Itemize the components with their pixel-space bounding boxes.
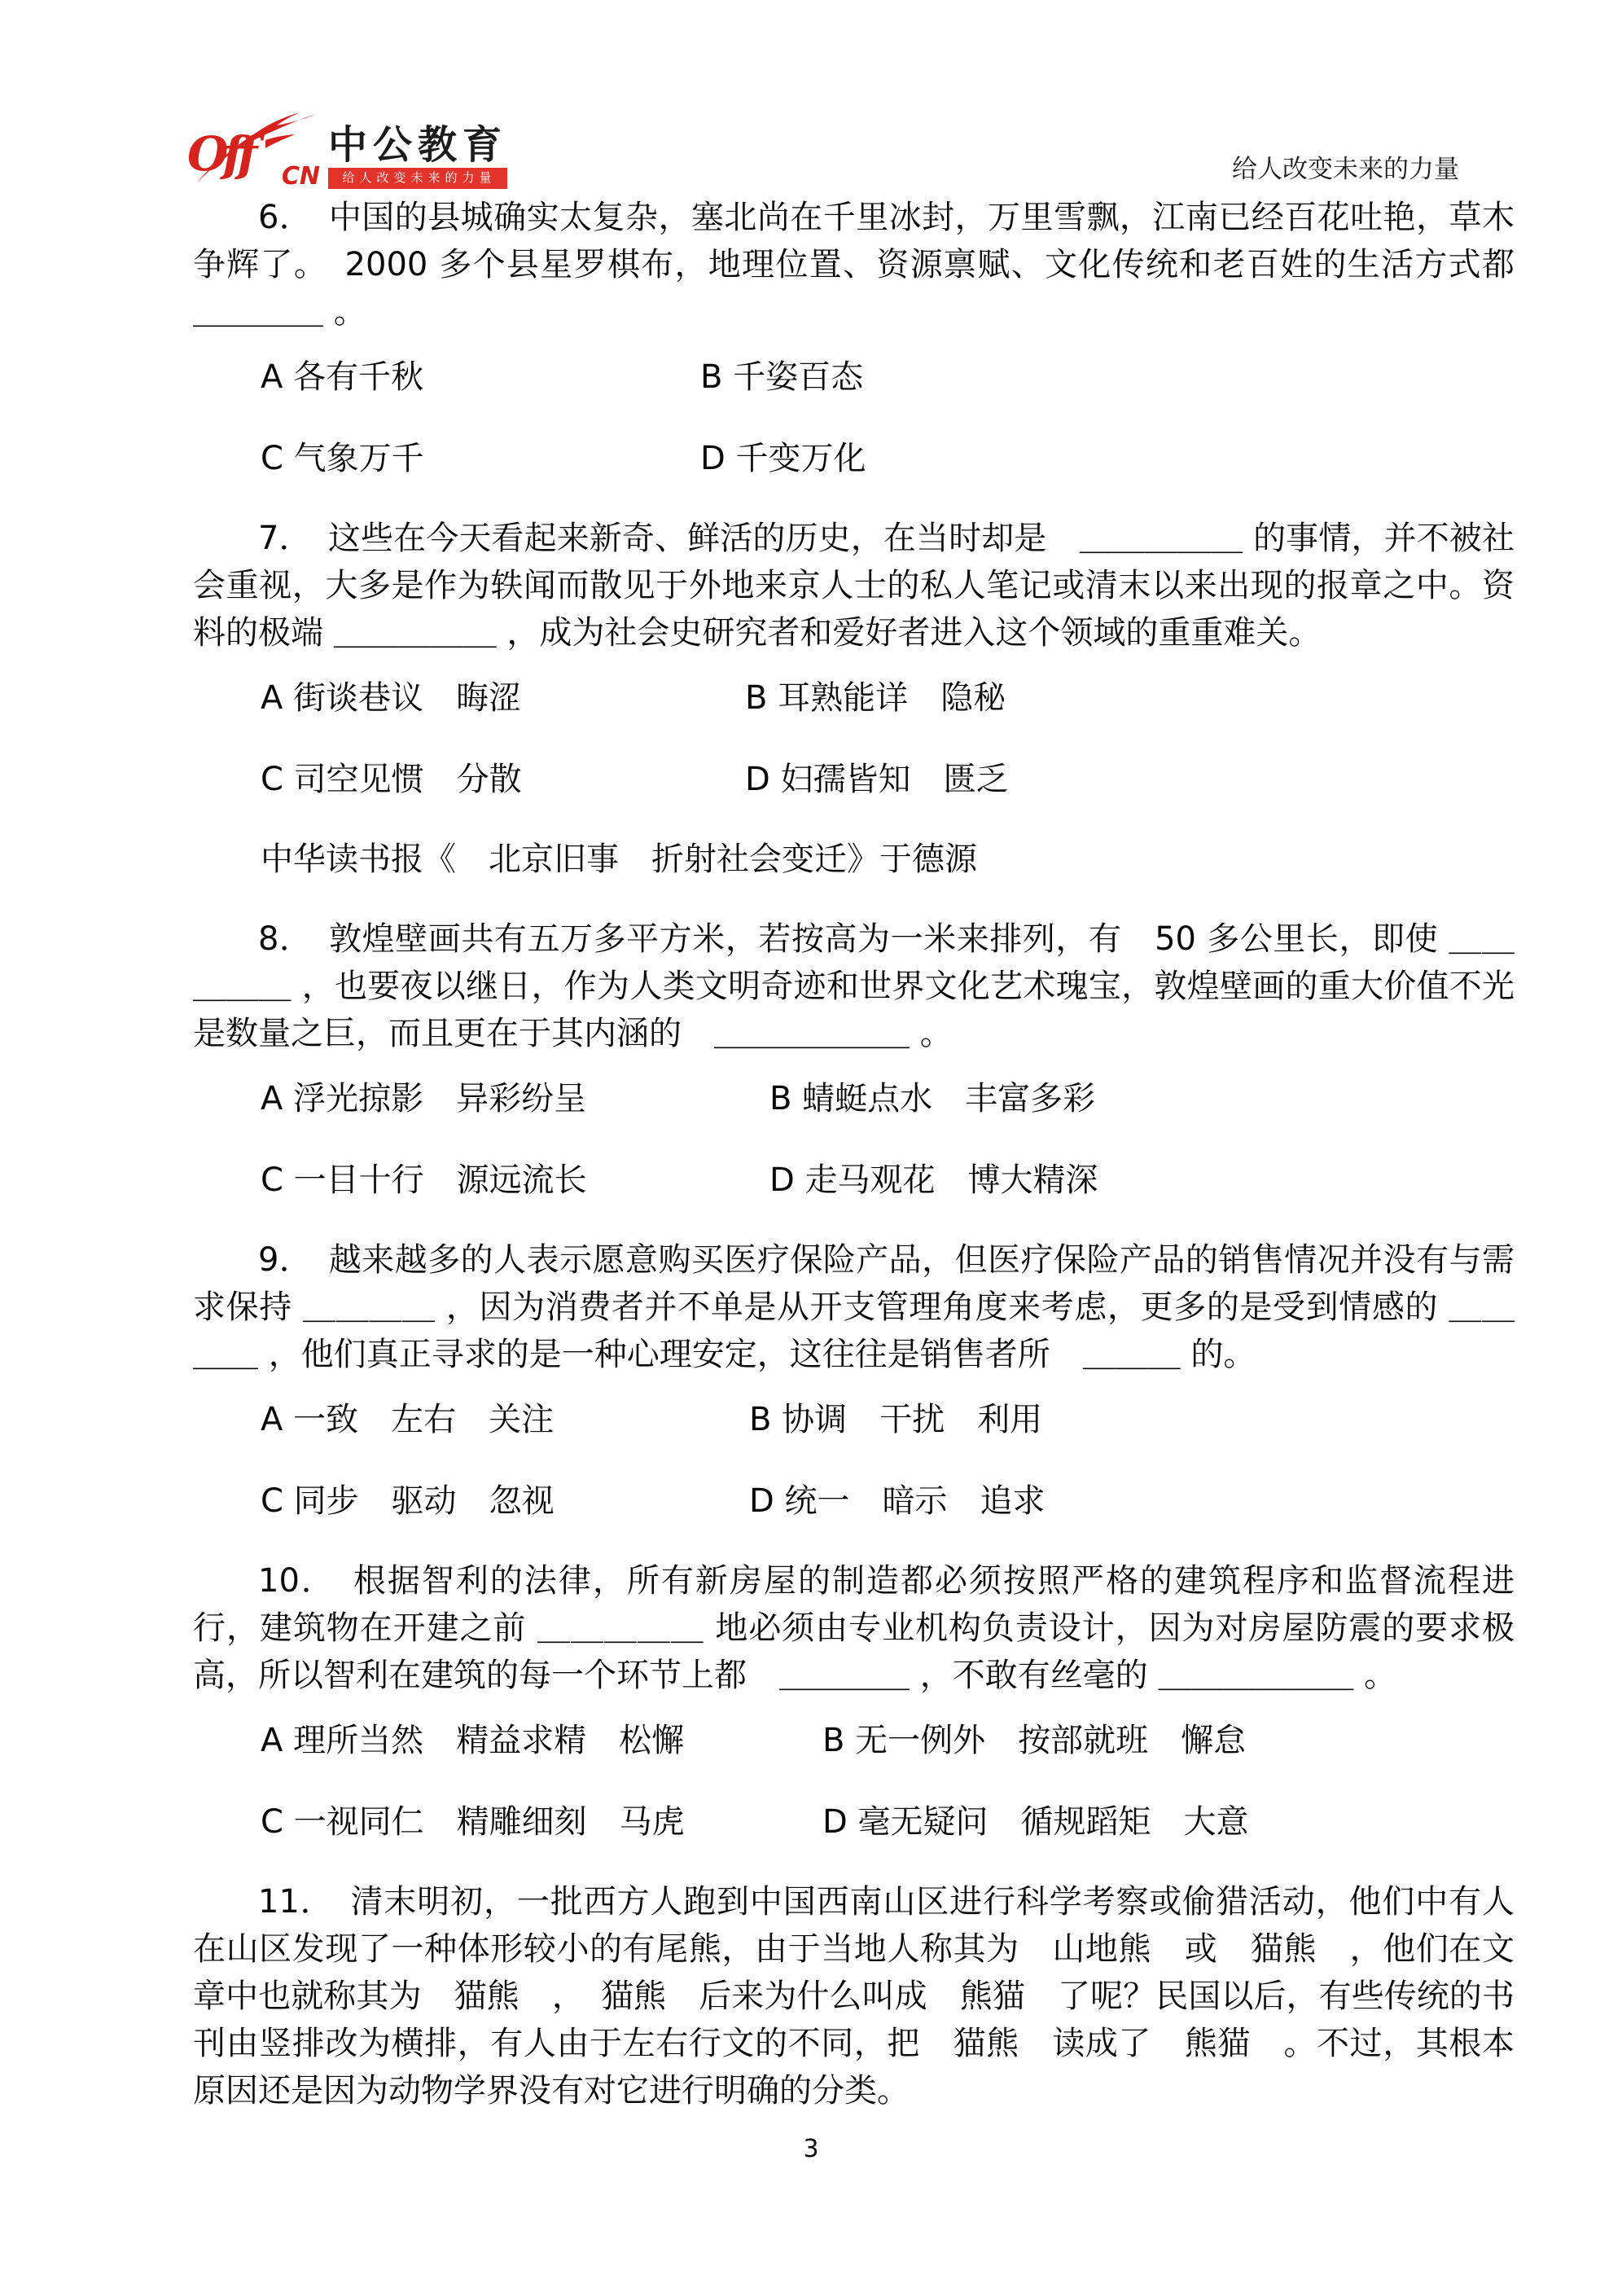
question-7-stem: 7． 这些在今天看起来新奇、鲜活的历史，在当时却是 ＿＿＿＿＿ 的事情，并不被社…: [193, 515, 1515, 656]
question-7-option-d: D 妇孺皆知 匮乏: [745, 756, 1515, 803]
question-10-option-a: A 理所当然 精益求精 松懈: [261, 1717, 822, 1764]
question-10-options-row-2: C 一视同仁 精雕细刻 马虎 D 毫无疑问 循规蹈矩 大意: [261, 1798, 1515, 1846]
question-11-stem: 11． 清末明初，一批西方人跑到中国西南山区进行科学考察或偷猎活动，他们中有人在…: [193, 1878, 1515, 2114]
question-9-stem: 9． 越来越多的人表示愿意购买医疗保险产品，但医疗保险产品的销售情况并没有与需求…: [193, 1236, 1515, 1378]
question-8-option-d: D 走马观花 博大精深: [769, 1157, 1515, 1204]
question-9-option-a: A 一致 左右 关注: [261, 1396, 749, 1443]
question-9-option-c: C 同步 驱动 忽视: [261, 1477, 749, 1525]
document-page: Off CN 中公教育 给人改变未来的力量 给人改变未来的力量 6． 中国的县城…: [0, 0, 1622, 2296]
question-10-options-row-1: A 理所当然 精益求精 松懈 B 无一例外 按部就班 懈怠: [261, 1717, 1515, 1764]
question-10-stem: 10． 根据智利的法律，所有新房屋的制造都必须按照严格的建筑程序和监督流程进行，…: [193, 1557, 1515, 1699]
question-6-options-row-2: C 气象万千 D 千变万化: [261, 435, 1515, 482]
brand-slogan-banner: 给人改变未来的力量: [328, 168, 507, 189]
question-6-option-c: C 气象万千: [261, 435, 700, 482]
question-8-options-row-2: C 一目十行 源远流长 D 走马观花 博大精深: [261, 1157, 1515, 1204]
question-7-options-row-2: C 司空见惯 分散 D 妇孺皆知 匮乏: [261, 756, 1515, 803]
question-10-option-d: D 毫无疑问 循规蹈矩 大意: [822, 1798, 1515, 1846]
question-9-options-row-2: C 同步 驱动 忽视 D 统一 暗示 追求: [261, 1477, 1515, 1525]
question-7-options-row-1: A 街谈巷议 晦涩 B 耳熟能详 隐秘: [261, 674, 1515, 722]
question-6-option-b: B 千姿百态: [700, 353, 1515, 401]
question-7-option-b: B 耳熟能详 隐秘: [745, 674, 1515, 722]
brand-block: 中公教育 给人改变未来的力量: [328, 124, 507, 189]
questions-content: 6． 中国的县城确实太复杂，塞北尚在千里冰封，万里雪飘，江南已经百花吐艳，草木争…: [193, 194, 1515, 2132]
question-8-option-c: C 一目十行 源远流长: [261, 1157, 769, 1204]
question-6-options-row-1: A 各有千秋 B 千姿百态: [261, 353, 1515, 401]
question-7-option-a: A 街谈巷议 晦涩: [261, 674, 745, 722]
page-header: Off CN 中公教育 给人改变未来的力量 给人改变未来的力量: [187, 114, 1459, 189]
question-6-option-d: D 千变万化: [700, 435, 1515, 482]
question-8-option-b: B 蜻蜓点水 丰富多彩: [769, 1075, 1515, 1122]
question-9-options-row-1: A 一致 左右 关注 B 协调 干扰 利用: [261, 1396, 1515, 1443]
question-8-options-row-1: A 浮光掠影 异彩纷呈 B 蜻蜓点水 丰富多彩: [261, 1075, 1515, 1122]
brand-name: 中公教育: [328, 124, 507, 166]
question-7-option-c: C 司空见惯 分散: [261, 756, 745, 803]
question-8-stem: 8． 敦煌壁画共有五万多平方米，若按高为一米来排列，有 50 多公里长，即使 ＿…: [193, 915, 1515, 1057]
page-number: 3: [0, 2133, 1622, 2166]
offcn-logo: Off CN 中公教育 给人改变未来的力量: [187, 114, 507, 189]
question-8-option-a: A 浮光掠影 异彩纷呈: [261, 1075, 769, 1122]
source-citation: 中华读书报《 北京旧事 折射社会变迁》于德源: [261, 836, 1515, 883]
question-6-option-a: A 各有千秋: [261, 353, 700, 401]
question-10-option-c: C 一视同仁 精雕细刻 马虎: [261, 1798, 822, 1846]
question-9-option-d: D 统一 暗示 追求: [749, 1477, 1515, 1525]
offcn-cn-text: CN: [282, 165, 320, 189]
header-tagline: 给人改变未来的力量: [1232, 155, 1459, 189]
offcn-swoosh-icon: Off CN: [187, 114, 322, 189]
question-6-stem: 6． 中国的县城确实太复杂，塞北尚在千里冰封，万里雪飘，江南已经百花吐艳，草木争…: [193, 194, 1515, 336]
question-9-option-b: B 协调 干扰 利用: [749, 1396, 1515, 1443]
offcn-script-text: Off: [187, 130, 252, 178]
question-10-option-b: B 无一例外 按部就班 懈怠: [822, 1717, 1515, 1764]
